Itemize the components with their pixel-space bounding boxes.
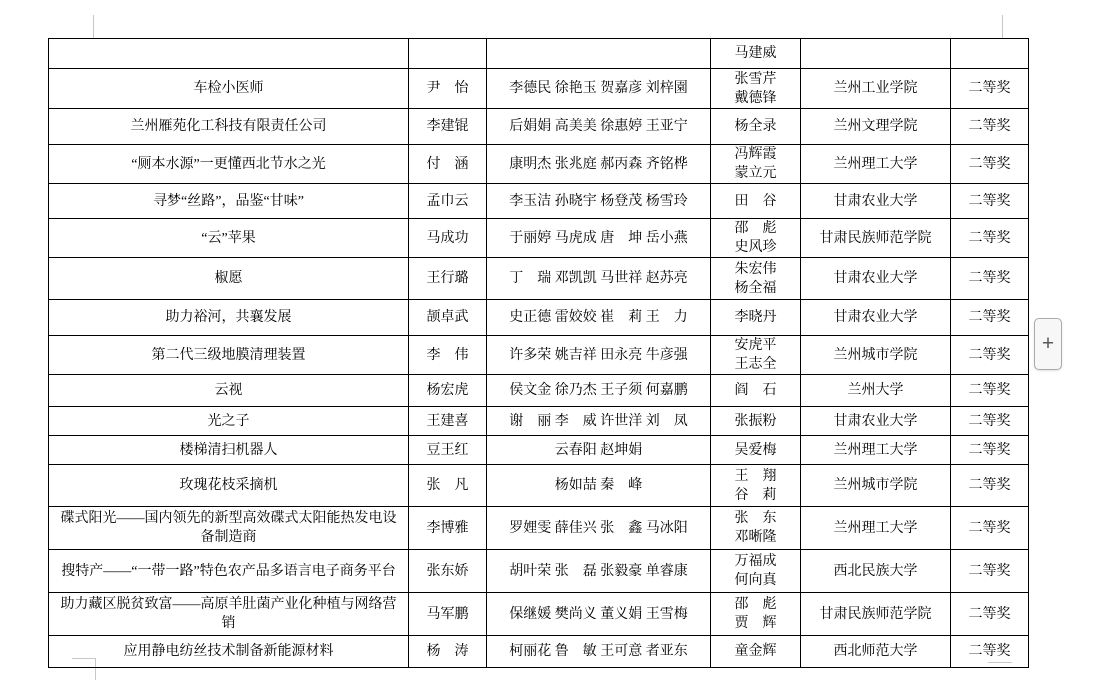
leader-cell: 王建喜 xyxy=(409,407,487,436)
members-cell: 柯丽花 鲁 敏 王可意 者亚东 xyxy=(487,636,711,668)
school-cell: 西北民族大学 xyxy=(801,550,951,593)
award-cell: 二等奖 xyxy=(951,300,1029,336)
leader-cell: 豆王红 xyxy=(409,436,487,465)
project-cell: 光之子 xyxy=(49,407,409,436)
leader-cell: 付 涵 xyxy=(409,145,487,184)
leader-cell: 马军鹏 xyxy=(409,593,487,636)
school-cell: 兰州理工大学 xyxy=(801,145,951,184)
leader-cell: 李 伟 xyxy=(409,336,487,375)
project-cell: 助力裕河，共襄发展 xyxy=(49,300,409,336)
award-cell: 二等奖 xyxy=(951,407,1029,436)
leader-cell: 孟巾云 xyxy=(409,184,487,219)
plus-icon: + xyxy=(1042,332,1054,356)
school-cell: 兰州工业学院 xyxy=(801,69,951,109)
members-cell: 史正德 雷姣姣 崔 莉 王 力 xyxy=(487,300,711,336)
awards-table: 马建威车检小医师尹 怡李德民 徐艳玉 贺嘉彦 刘梓園张雪芹 戴德锋兰州工业学院二… xyxy=(48,38,1029,668)
project-cell: “厕本水源”一更懂西北节水之光 xyxy=(49,145,409,184)
advisors-cell: 王 翔 谷 莉 xyxy=(711,465,801,507)
leader-cell: 王行璐 xyxy=(409,258,487,300)
project-cell: 搜特产——“一带一路”特色农产品多语言电子商务平台 xyxy=(49,550,409,593)
advisors-cell: 田 谷 xyxy=(711,184,801,219)
members-cell: 侯文金 徐乃杰 王子须 何嘉鹏 xyxy=(487,375,711,407)
table-row: 光之子王建喜谢 丽 李 威 许世洋 刘 凤张振粉甘肃农业大学二等奖 xyxy=(49,407,1029,436)
add-button[interactable]: + xyxy=(1034,318,1062,370)
award-cell: 二等奖 xyxy=(951,550,1029,593)
award-cell: 二等奖 xyxy=(951,69,1029,109)
table-row: 碟式阳光——国内领先的新型高效碟式太阳能热发电设备制造商李博雅罗娌雯 薛佳兴 张… xyxy=(49,507,1029,550)
text-boundary-mark-top-right xyxy=(1002,15,1003,38)
leader-cell: 杨 涛 xyxy=(409,636,487,668)
advisors-cell: 邵 彪 贾 辉 xyxy=(711,593,801,636)
leader-cell xyxy=(409,39,487,69)
advisors-cell: 冯辉霞 蒙立元 xyxy=(711,145,801,184)
advisors-cell: 马建威 xyxy=(711,39,801,69)
award-cell: 二等奖 xyxy=(951,184,1029,219)
project-cell: 应用静电纺丝技术制备新能源材料 xyxy=(49,636,409,668)
members-cell: 云春阳 赵坤娟 xyxy=(487,436,711,465)
advisors-cell: 吴爱梅 xyxy=(711,436,801,465)
school-cell: 兰州理工大学 xyxy=(801,436,951,465)
school-cell: 甘肃民族师范学院 xyxy=(801,219,951,258)
award-cell: 二等奖 xyxy=(951,258,1029,300)
table-row: 楼梯清扫机器人豆王红云春阳 赵坤娟吴爱梅兰州理工大学二等奖 xyxy=(49,436,1029,465)
school-cell: 西北师范大学 xyxy=(801,636,951,668)
members-cell: 后娟娟 高美美 徐惠婷 王亚宁 xyxy=(487,109,711,145)
table-row: 应用静电纺丝技术制备新能源材料杨 涛柯丽花 鲁 敏 王可意 者亚东童金辉西北师范… xyxy=(49,636,1029,668)
table-row: 助力裕河，共襄发展颉卓武史正德 雷姣姣 崔 莉 王 力李晓丹甘肃农业大学二等奖 xyxy=(49,300,1029,336)
leader-cell: 颉卓武 xyxy=(409,300,487,336)
award-cell: 二等奖 xyxy=(951,436,1029,465)
project-cell: 寻梦“丝路”，品鉴“甘味” xyxy=(49,184,409,219)
award-cell: 二等奖 xyxy=(951,336,1029,375)
school-cell: 兰州城市学院 xyxy=(801,336,951,375)
project-cell: 碟式阳光——国内领先的新型高效碟式太阳能热发电设备制造商 xyxy=(49,507,409,550)
project-cell: 第二代三级地膜清理装置 xyxy=(49,336,409,375)
table-row: 椒愿王行璐丁 瑞 邓凯凯 马世祥 赵苏亮朱宏伟 杨全福甘肃农业大学二等奖 xyxy=(49,258,1029,300)
advisors-cell: 万福成 何向真 xyxy=(711,550,801,593)
school-cell xyxy=(801,39,951,69)
project-cell: 玫瑰花枝采摘机 xyxy=(49,465,409,507)
members-cell: 李玉洁 孙晓宇 杨登茂 杨雪玲 xyxy=(487,184,711,219)
award-cell: 二等奖 xyxy=(951,593,1029,636)
members-cell: 罗娌雯 薛佳兴 张 鑫 马冰阳 xyxy=(487,507,711,550)
project-cell: 车检小医师 xyxy=(49,69,409,109)
advisors-cell: 安虎平 王志全 xyxy=(711,336,801,375)
advisors-cell: 杨全录 xyxy=(711,109,801,145)
table-row: 寻梦“丝路”，品鉴“甘味”孟巾云李玉洁 孙晓宇 杨登茂 杨雪玲田 谷甘肃农业大学… xyxy=(49,184,1029,219)
members-cell: 胡叶荣 张 磊 张毅豪 单睿康 xyxy=(487,550,711,593)
school-cell: 甘肃农业大学 xyxy=(801,300,951,336)
members-cell xyxy=(487,39,711,69)
leader-cell: 李建锟 xyxy=(409,109,487,145)
school-cell: 兰州城市学院 xyxy=(801,465,951,507)
project-cell: 楼梯清扫机器人 xyxy=(49,436,409,465)
advisors-cell: 童金辉 xyxy=(711,636,801,668)
table-row: 玫瑰花枝采摘机张 凡杨如喆 秦 峰王 翔 谷 莉兰州城市学院二等奖 xyxy=(49,465,1029,507)
members-cell: 丁 瑞 邓凯凯 马世祥 赵苏亮 xyxy=(487,258,711,300)
school-cell: 甘肃农业大学 xyxy=(801,258,951,300)
members-cell: 保继媛 樊尚义 董义娟 王雪梅 xyxy=(487,593,711,636)
award-cell: 二等奖 xyxy=(951,507,1029,550)
leader-cell: 张东娇 xyxy=(409,550,487,593)
school-cell: 甘肃农业大学 xyxy=(801,184,951,219)
project-cell: “云”苹果 xyxy=(49,219,409,258)
members-cell: 谢 丽 李 威 许世洋 刘 凤 xyxy=(487,407,711,436)
table-row: “厕本水源”一更懂西北节水之光付 涵康明杰 张兆庭 郝丙森 齐铭桦冯辉霞 蒙立元… xyxy=(49,145,1029,184)
advisors-cell: 张雪芹 戴德锋 xyxy=(711,69,801,109)
table-row: 车检小医师尹 怡李德民 徐艳玉 贺嘉彦 刘梓園张雪芹 戴德锋兰州工业学院二等奖 xyxy=(49,69,1029,109)
table-row: 马建威 xyxy=(49,39,1029,69)
table-row: 云视杨宏虎侯文金 徐乃杰 王子须 何嘉鹏阎 石兰州大学二等奖 xyxy=(49,375,1029,407)
award-cell: 二等奖 xyxy=(951,145,1029,184)
table-row: “云”苹果马成功于丽婷 马虎成 唐 坤 岳小燕邵 彪 史风珍甘肃民族师范学院二等… xyxy=(49,219,1029,258)
school-cell: 兰州理工大学 xyxy=(801,507,951,550)
award-cell: 二等奖 xyxy=(951,636,1029,668)
school-cell: 甘肃农业大学 xyxy=(801,407,951,436)
table-row: 助力藏区脱贫致富——高原羊肚菌产业化种植与网络营销马军鹏保继媛 樊尚义 董义娟 … xyxy=(49,593,1029,636)
table-row: 兰州雁苑化工科技有限责任公司李建锟后娟娟 高美美 徐惠婷 王亚宁杨全录兰州文理学… xyxy=(49,109,1029,145)
advisors-cell: 张振粉 xyxy=(711,407,801,436)
leader-cell: 尹 怡 xyxy=(409,69,487,109)
members-cell: 李德民 徐艳玉 贺嘉彦 刘梓園 xyxy=(487,69,711,109)
leader-cell: 马成功 xyxy=(409,219,487,258)
project-cell: 云视 xyxy=(49,375,409,407)
school-cell: 甘肃民族师范学院 xyxy=(801,593,951,636)
project-cell: 椒愿 xyxy=(49,258,409,300)
members-cell: 于丽婷 马虎成 唐 坤 岳小燕 xyxy=(487,219,711,258)
project-cell: 助力藏区脱贫致富——高原羊肚菌产业化种植与网络营销 xyxy=(49,593,409,636)
award-cell: 二等奖 xyxy=(951,109,1029,145)
leader-cell: 杨宏虎 xyxy=(409,375,487,407)
members-cell: 杨如喆 秦 峰 xyxy=(487,465,711,507)
award-cell: 二等奖 xyxy=(951,465,1029,507)
school-cell: 兰州大学 xyxy=(801,375,951,407)
award-cell: 二等奖 xyxy=(951,219,1029,258)
advisors-cell: 张 东 邓晰隆 xyxy=(711,507,801,550)
advisors-cell: 阎 石 xyxy=(711,375,801,407)
members-cell: 许多荣 姚吉祥 田永亮 牛彦强 xyxy=(487,336,711,375)
project-cell: 兰州雁苑化工科技有限责任公司 xyxy=(49,109,409,145)
award-cell: 二等奖 xyxy=(951,375,1029,407)
advisors-cell: 邵 彪 史风珍 xyxy=(711,219,801,258)
advisors-cell: 李晓丹 xyxy=(711,300,801,336)
award-cell xyxy=(951,39,1029,69)
table-row: 第二代三级地膜清理装置李 伟许多荣 姚吉祥 田永亮 牛彦强安虎平 王志全兰州城市… xyxy=(49,336,1029,375)
leader-cell: 李博雅 xyxy=(409,507,487,550)
project-cell xyxy=(49,39,409,69)
advisors-cell: 朱宏伟 杨全福 xyxy=(711,258,801,300)
members-cell: 康明杰 张兆庭 郝丙森 齐铭桦 xyxy=(487,145,711,184)
leader-cell: 张 凡 xyxy=(409,465,487,507)
table-row: 搜特产——“一带一路”特色农产品多语言电子商务平台张东娇胡叶荣 张 磊 张毅豪 … xyxy=(49,550,1029,593)
text-boundary-mark-top-left xyxy=(93,15,94,38)
school-cell: 兰州文理学院 xyxy=(801,109,951,145)
